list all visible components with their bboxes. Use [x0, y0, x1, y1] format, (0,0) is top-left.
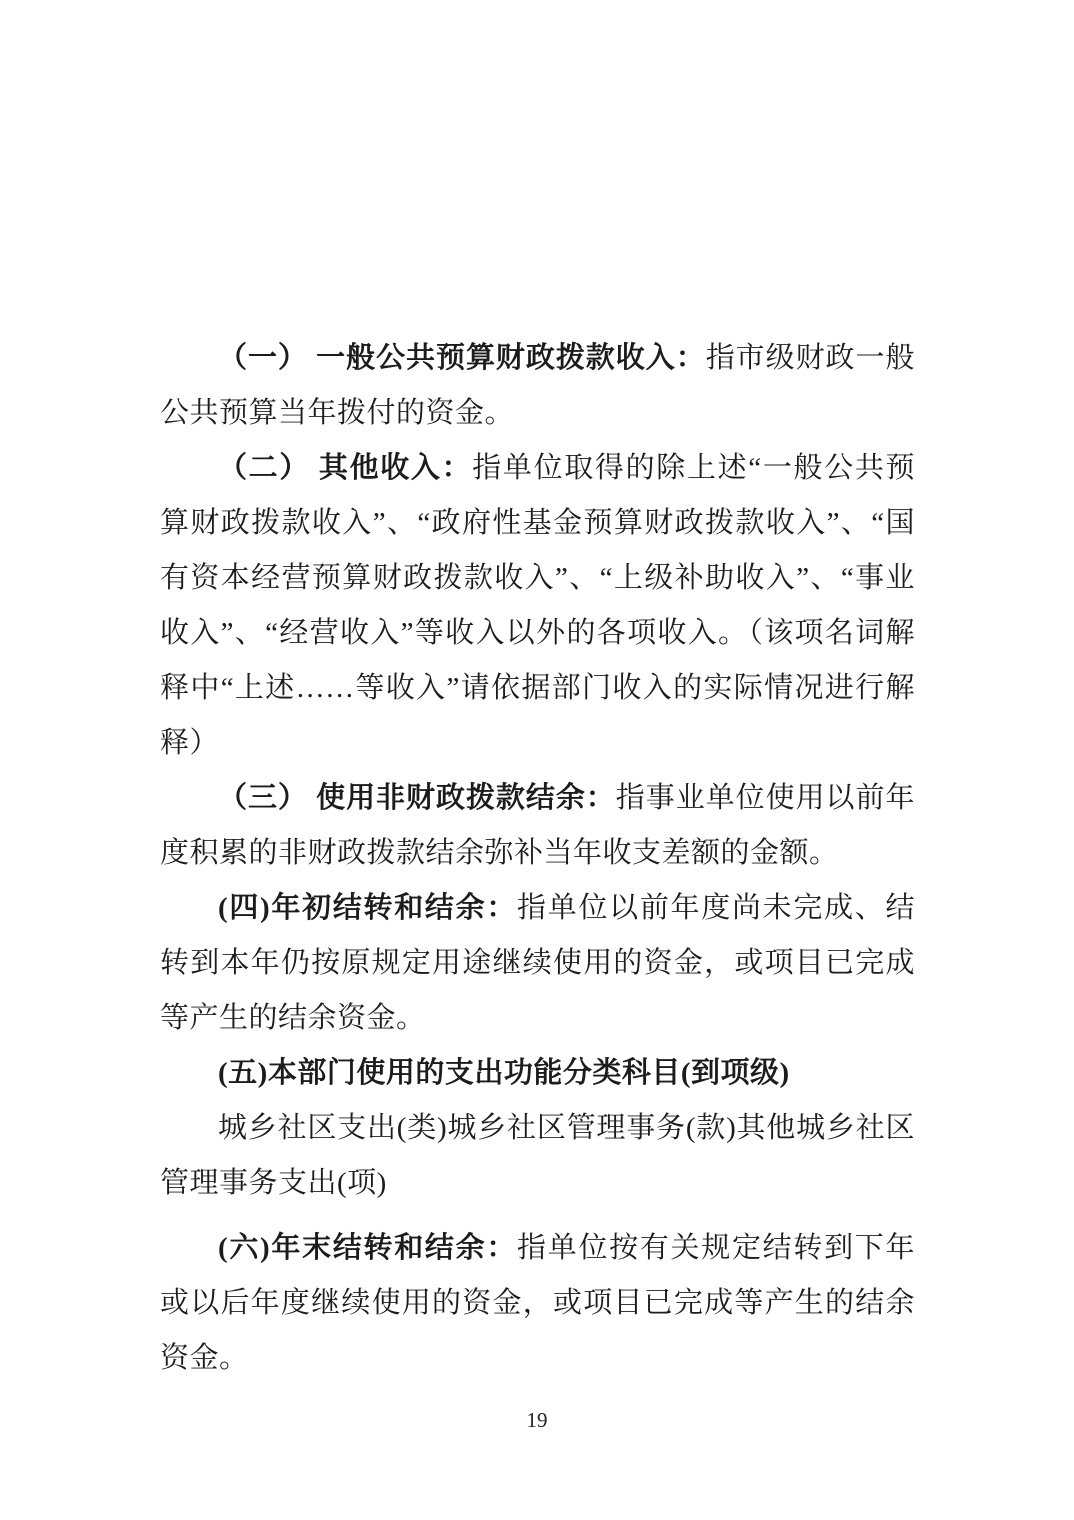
term-heading: (五)本部门使用的支出功能分类科目(到项级) [218, 1057, 790, 1089]
definitions-text-block: （一） 一般公共预算财政拨款收入：指市级财政一般公共预算当年拨付的资金。 （二）… [160, 331, 915, 1386]
term-paragraph-urban-rural-community-item: 城乡社区支出(类)城乡社区管理事务(款)其他城乡社区管理事务支出(项) [160, 1101, 915, 1211]
term-definition: 指单位取得的除上述“一般公共预算财政拨款收入”、“政府性基金预算财政拨款收入”、… [160, 452, 915, 759]
term-paragraph-expenditure-function-categories: (五)本部门使用的支出功能分类科目(到项级) [160, 1046, 915, 1101]
page-number: 19 [0, 1406, 1074, 1434]
term-paragraph-year-end-carryover: (六)年末结转和结余：指单位按有关规定结转到下年或以后年度继续使用的资金，或项目… [160, 1221, 915, 1386]
term-paragraph-other-income: （二） 其他收入：指单位取得的除上述“一般公共预算财政拨款收入”、“政府性基金预… [160, 441, 915, 771]
term-heading: (四)年初结转和结余： [218, 892, 517, 924]
term-heading: （三） 使用非财政拨款结余： [218, 782, 616, 814]
term-definition: 城乡社区支出(类)城乡社区管理事务(款)其他城乡社区管理事务支出(项) [160, 1112, 915, 1199]
term-heading: (六)年末结转和结余： [218, 1232, 517, 1264]
term-heading: （一） 一般公共预算财政拨款收入： [218, 342, 706, 374]
term-heading: （二） 其他收入： [218, 452, 472, 484]
document-page: （一） 一般公共预算财政拨款收入：指市级财政一般公共预算当年拨付的资金。 （二）… [0, 0, 1074, 1520]
term-paragraph-general-public-budget-income: （一） 一般公共预算财政拨款收入：指市级财政一般公共预算当年拨付的资金。 [160, 331, 915, 441]
term-paragraph-non-fiscal-carryover-use: （三） 使用非财政拨款结余：指事业单位使用以前年度积累的非财政拨款结余弥补当年收… [160, 771, 915, 881]
term-paragraph-year-begin-carryover: (四)年初结转和结余：指单位以前年度尚未完成、结转到本年仍按原规定用途继续使用的… [160, 881, 915, 1046]
